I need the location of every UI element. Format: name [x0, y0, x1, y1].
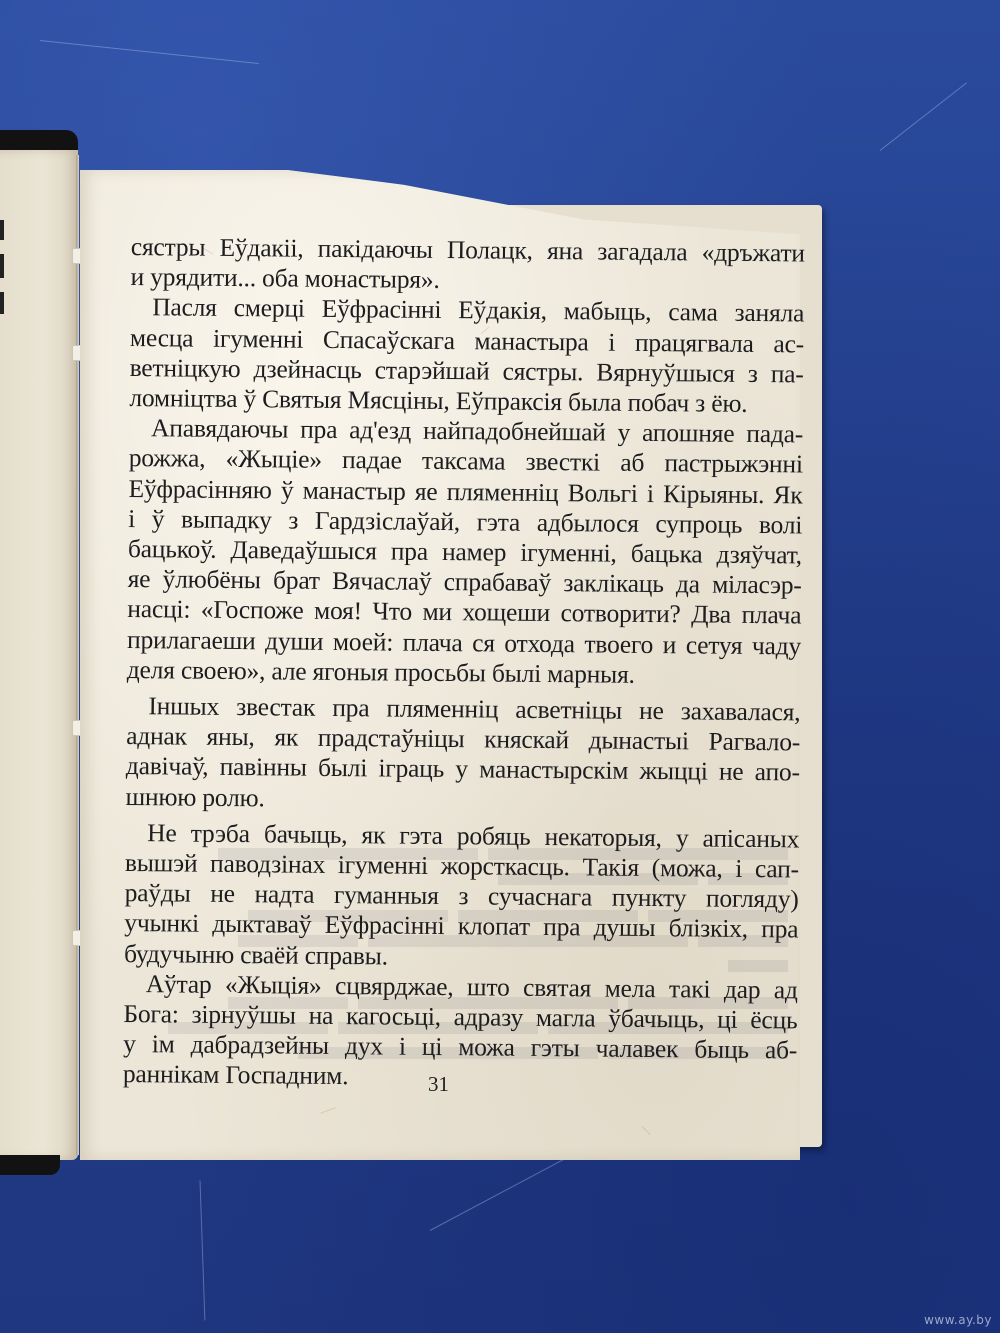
paragraph: Апавядаючы пра ад'езд найпадобнейшай у а… [127, 413, 804, 691]
watermark: www.ay.by [924, 1313, 992, 1327]
surface-scratch [880, 82, 967, 151]
text-line: раннікам Госпадним. [123, 1059, 797, 1096]
paragraph: Пасля смерці Еўфрасінні Еўдакія, мабыць,… [129, 292, 804, 419]
surface-scratch [200, 1180, 206, 1320]
book-cover-edge [0, 1155, 60, 1175]
paragraph: Іншых звестак пра пляменніц асветніцы не… [125, 691, 800, 818]
paragraph: Аўтар «Жыція» сцвярджае, што святая мела… [123, 969, 798, 1096]
page-text: сястры Еўдакіі, пакідаючы Полацк, яна за… [123, 232, 805, 1096]
paragraph: сястры Еўдакіі, пакідаючы Полацк, яна за… [130, 232, 805, 299]
left-page [0, 150, 78, 1160]
book-spine [76, 155, 79, 1155]
paragraph: Не трэба бачыць, як гэта робяць некаторы… [124, 818, 799, 975]
surface-scratch [40, 40, 259, 64]
page-number: 31 [428, 1072, 449, 1097]
